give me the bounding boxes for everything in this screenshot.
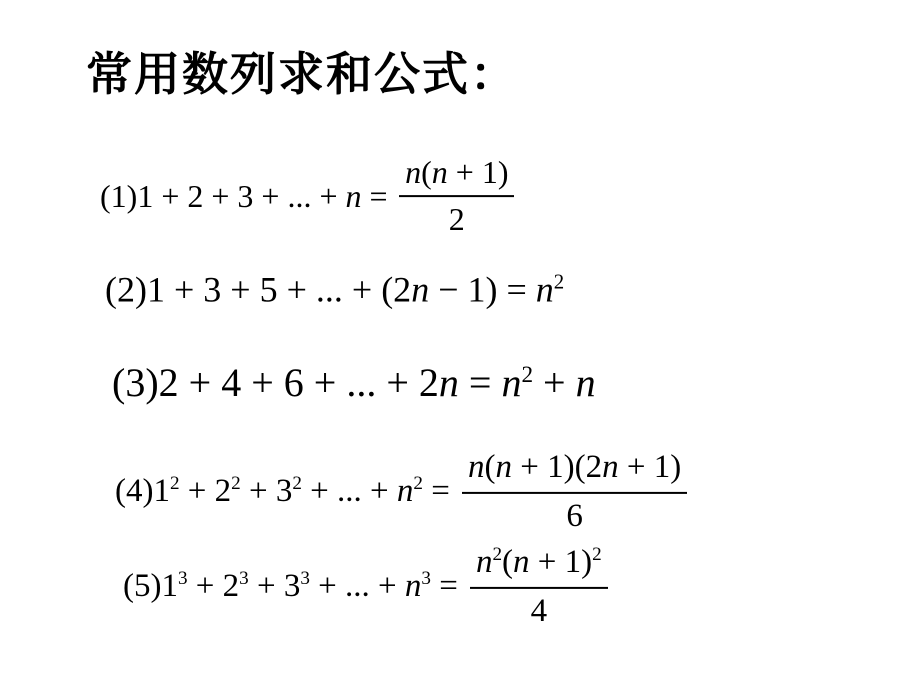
math-superscript: 2 (554, 269, 564, 293)
math-roman: (1)1 + 2 + 3 + ... + (100, 178, 346, 214)
math-variable: n (536, 269, 554, 309)
math-variable: n (576, 360, 596, 405)
math-roman: ( (421, 154, 432, 190)
math-superscript: 2 (521, 362, 533, 388)
math-variable: n (602, 449, 619, 485)
formula-sum-of-squares: (4)12 + 22 + 32 + ... + n2 = n(n + 1)(2n… (115, 448, 691, 536)
math-variable: n (495, 449, 512, 485)
math-text: (4)12 + 22 + 32 + ... + n2 = (115, 472, 458, 512)
fraction-bar (462, 492, 687, 494)
math-superscript: 2 (292, 473, 302, 494)
math-roman: = (423, 473, 458, 509)
math-roman: + 3 (241, 473, 293, 509)
math-text: n(n + 1) (405, 153, 508, 191)
math-roman: ( (502, 544, 513, 580)
math-superscript: 3 (239, 568, 249, 589)
math-text: 6 (566, 497, 583, 537)
math-text: 2 (449, 201, 465, 239)
fraction-denominator: 6 (560, 497, 588, 537)
fraction-numerator: n(n + 1) (399, 153, 514, 191)
formula-sum-of-evens: (3)2 + 4 + 6 + ... + 2n = n2 + n (112, 359, 596, 407)
math-variable: n (513, 544, 530, 580)
math-variable: n (346, 178, 362, 214)
math-roman: (3)2 + 4 + 6 + ... + 2 (112, 360, 439, 405)
fraction-bar (399, 196, 514, 198)
math-text: (5)13 + 23 + 33 + ... + n3 = (123, 567, 466, 607)
math-roman: + (533, 360, 576, 405)
math-variable: n (411, 269, 429, 309)
math-superscript: 3 (421, 568, 431, 589)
math-text: n(n + 1)(2n + 1) (468, 448, 681, 488)
math-variable: n (439, 360, 459, 405)
math-roman: + 1) (619, 449, 682, 485)
math-superscript: 2 (592, 544, 602, 565)
math-roman: − 1) = (429, 269, 536, 309)
math-text: 4 (531, 592, 548, 632)
formula-sum-of-cubes: (5)13 + 23 + 33 + ... + n3 = n2(n + 1)24 (123, 543, 612, 631)
math-superscript: 2 (170, 473, 180, 494)
math-superscript: 3 (178, 568, 188, 589)
formula-sum-of-odds: (2)1 + 3 + 5 + ... + (2n − 1) = n2 (105, 268, 564, 311)
formula-sum-of-integers: (1)1 + 2 + 3 + ... + n = n(n + 1)2 (100, 153, 518, 239)
math-roman: ( (484, 449, 495, 485)
math-roman: (4)1 (115, 473, 170, 509)
math-roman: + ... + (310, 568, 405, 604)
math-roman: (2)1 + 3 + 5 + ... + (2 (105, 269, 411, 309)
math-roman: + 1) (530, 544, 593, 580)
fraction-numerator: n2(n + 1)2 (470, 543, 608, 583)
math-variable: n (405, 154, 421, 190)
math-variable: n (397, 473, 414, 509)
math-text: (1)1 + 2 + 3 + ... + n = (100, 177, 396, 215)
math-variable: n (432, 154, 448, 190)
math-text: (3)2 + 4 + 6 + ... + 2n = n2 + n (112, 359, 596, 407)
fraction-denominator: 2 (443, 201, 471, 239)
math-superscript: 2 (413, 473, 423, 494)
math-roman: + 1)(2 (512, 449, 602, 485)
math-roman: 2 (449, 202, 465, 238)
math-roman: + 2 (180, 473, 232, 509)
math-variable: n (476, 544, 493, 580)
math-roman: + ... + (302, 473, 397, 509)
fraction: n2(n + 1)24 (470, 543, 608, 631)
fraction: n(n + 1)(2n + 1)6 (462, 448, 687, 536)
math-roman: (5)1 (123, 568, 178, 604)
math-roman: = (362, 178, 396, 214)
math-roman: + 2 (188, 568, 240, 604)
fraction: n(n + 1)2 (399, 153, 514, 239)
math-roman: 4 (531, 593, 548, 629)
math-roman: + 3 (249, 568, 301, 604)
math-superscript: 2 (492, 544, 502, 565)
math-superscript: 3 (300, 568, 310, 589)
math-superscript: 2 (231, 473, 241, 494)
math-roman: 6 (566, 498, 583, 534)
math-text: n2(n + 1)2 (476, 543, 602, 583)
fraction-numerator: n(n + 1)(2n + 1) (462, 448, 687, 488)
math-variable: n (468, 449, 485, 485)
math-roman: = (459, 360, 502, 405)
math-variable: n (405, 568, 422, 604)
math-roman: = (431, 568, 466, 604)
math-roman: + 1) (448, 154, 509, 190)
math-text: (2)1 + 3 + 5 + ... + (2n − 1) = n2 (105, 268, 564, 311)
slide-title: 常用数列求和公式： (86, 38, 518, 104)
fraction-denominator: 4 (525, 592, 553, 632)
math-variable: n (501, 360, 521, 405)
slide: 常用数列求和公式： (1)1 + 2 + 3 + ... + n = n(n +… (0, 0, 920, 690)
fraction-bar (470, 587, 608, 589)
